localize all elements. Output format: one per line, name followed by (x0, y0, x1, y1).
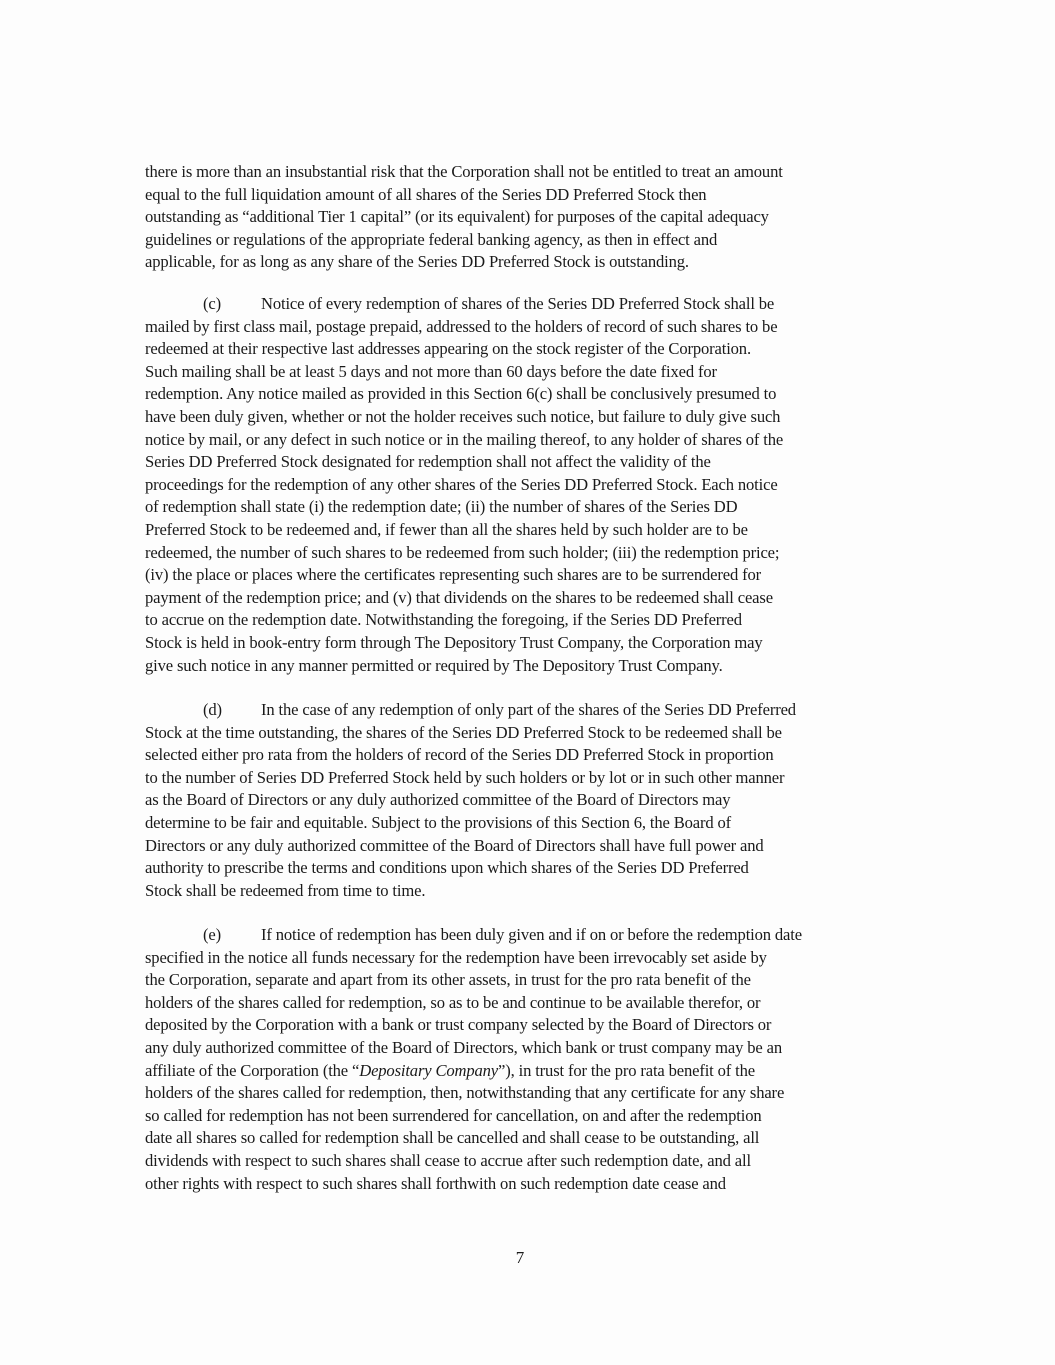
text-line: applicable, for as long as any share of … (145, 251, 935, 274)
text-line: to the number of Series DD Preferred Sto… (145, 767, 935, 790)
paragraph-label: (d) (203, 699, 261, 722)
text-line: to accrue on the redemption date. Notwit… (145, 609, 935, 632)
text-span: Notice of every redemption of shares of … (261, 294, 774, 313)
paragraph-continuation: there is more than an insubstantial risk… (145, 161, 935, 274)
text-line: as the Board of Directors or any duly au… (145, 789, 935, 812)
text-line: holders of the shares called for redempt… (145, 992, 935, 1015)
text-line: of redemption shall state (i) the redemp… (145, 496, 935, 519)
text-line: give such notice in any manner permitted… (145, 655, 935, 678)
text-line: redeemed, the number of such shares to b… (145, 542, 935, 565)
text-line: payment of the redemption price; and (v)… (145, 587, 935, 610)
text-line: Stock at the time outstanding, the share… (145, 722, 935, 745)
text-line: mailed by first class mail, postage prep… (145, 316, 935, 339)
paragraph-label: (e) (203, 924, 261, 947)
text-span: In the case of any redemption of only pa… (261, 700, 796, 719)
text-line: Stock is held in book-entry form through… (145, 632, 935, 655)
paragraph-e: (e)If notice of redemption has been duly… (145, 924, 935, 1195)
text-line: deposited by the Corporation with a bank… (145, 1014, 935, 1037)
paragraph-c: (c)Notice of every redemption of shares … (145, 293, 935, 677)
text-line-defined-term: affiliate of the Corporation (the “Depos… (145, 1060, 935, 1083)
text-line: outstanding as “additional Tier 1 capita… (145, 206, 935, 229)
text-line: determine to be fair and equitable. Subj… (145, 812, 935, 835)
text-line: specified in the notice all funds necess… (145, 947, 935, 970)
text-span: If notice of redemption has been duly gi… (261, 925, 802, 944)
paragraph-label: (c) (203, 293, 261, 316)
paragraph-first-line: (c)Notice of every redemption of shares … (145, 293, 935, 316)
text-span: ”), in trust for the pro rata benefit of… (498, 1061, 755, 1080)
document-page: there is more than an insubstantial risk… (0, 0, 1055, 1365)
text-line: proceedings for the redemption of any ot… (145, 474, 935, 497)
text-line: Series DD Preferred Stock designated for… (145, 451, 935, 474)
text-line: redemption. Any notice mailed as provide… (145, 383, 935, 406)
text-line: other rights with respect to such shares… (145, 1173, 935, 1196)
text-line: authority to prescribe the terms and con… (145, 857, 935, 880)
text-line: Stock shall be redeemed from time to tim… (145, 880, 935, 903)
text-line: guidelines or regulations of the appropr… (145, 229, 935, 252)
text-span: affiliate of the Corporation (the “ (145, 1061, 359, 1080)
text-line: holders of the shares called for redempt… (145, 1082, 935, 1105)
text-line: so called for redemption has not been su… (145, 1105, 935, 1128)
text-line: there is more than an insubstantial risk… (145, 161, 935, 184)
text-line: Directors or any duly authorized committ… (145, 835, 935, 858)
text-line: (iv) the place or places where the certi… (145, 564, 935, 587)
text-line: equal to the full liquidation amount of … (145, 184, 935, 207)
text-line: selected either pro rata from the holder… (145, 744, 935, 767)
defined-term: Depositary Company (359, 1061, 498, 1080)
paragraph-d: (d)In the case of any redemption of only… (145, 699, 935, 902)
page-number: 7 (0, 1248, 1040, 1268)
text-line: Such mailing shall be at least 5 days an… (145, 361, 935, 384)
text-line: any duly authorized committee of the Boa… (145, 1037, 935, 1060)
text-line: have been duly given, whether or not the… (145, 406, 935, 429)
paragraph-first-line: (d)In the case of any redemption of only… (145, 699, 935, 722)
text-line: notice by mail, or any defect in such no… (145, 429, 935, 452)
text-line: redeemed at their respective last addres… (145, 338, 935, 361)
text-line: the Corporation, separate and apart from… (145, 969, 935, 992)
paragraph-first-line: (e)If notice of redemption has been duly… (145, 924, 935, 947)
text-line: date all shares so called for redemption… (145, 1127, 935, 1150)
text-line: dividends with respect to such shares sh… (145, 1150, 935, 1173)
text-line: Preferred Stock to be redeemed and, if f… (145, 519, 935, 542)
